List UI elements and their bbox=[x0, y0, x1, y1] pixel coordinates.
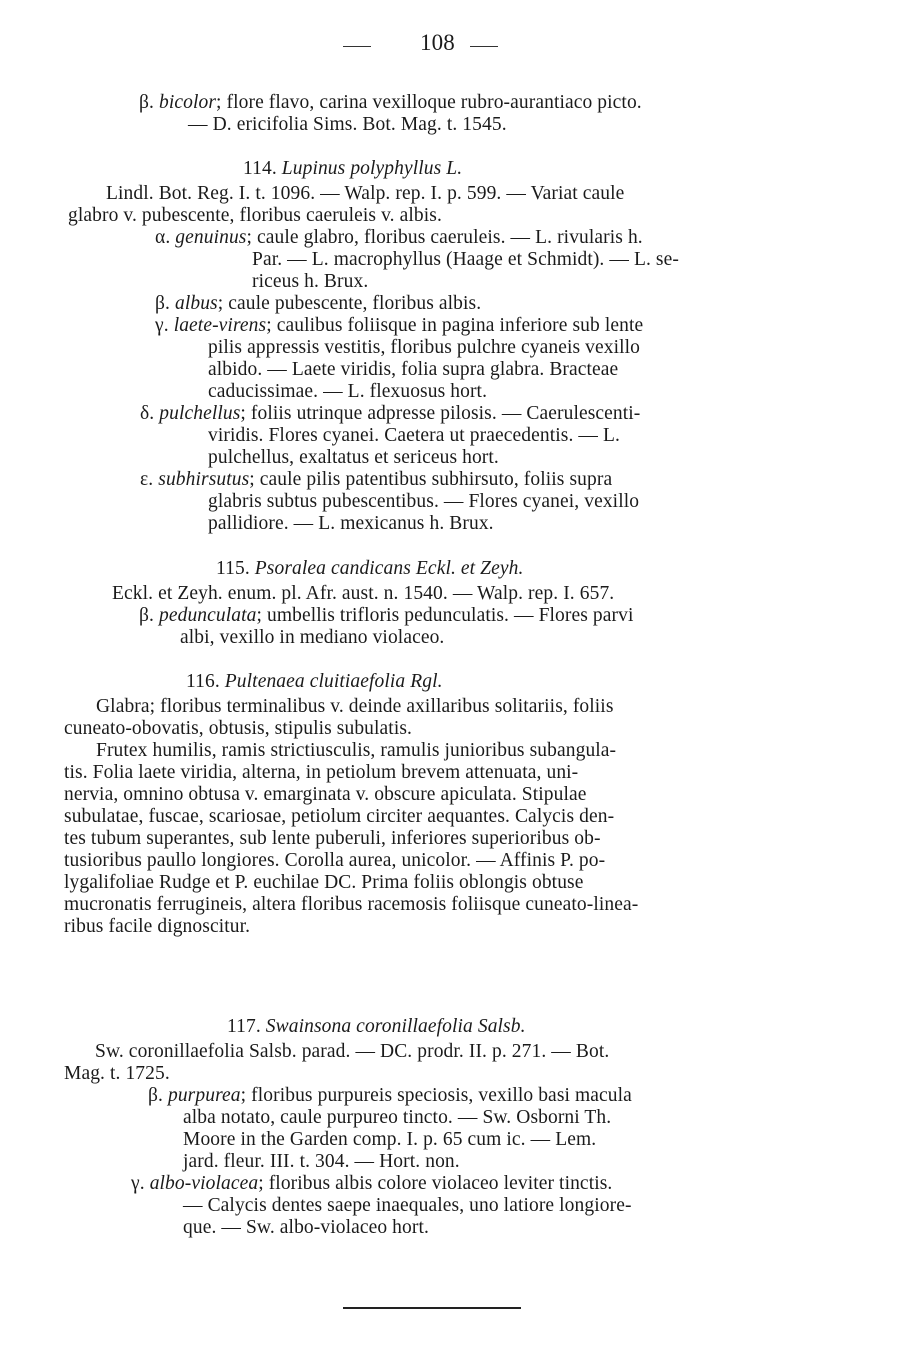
text-line: subulatae, fuscae, scariosae, petiolum c… bbox=[64, 806, 614, 828]
text-line: Par. — L. macrophyllus (Haage et Schmidt… bbox=[252, 249, 679, 271]
variety-purpurea: β. purpurea; floribus purpureis speciosi… bbox=[148, 1085, 632, 1107]
book-page: 108 β. bicolor; flore flavo, carina vexi… bbox=[0, 0, 900, 1372]
text-line: Glabra; floribus terminalibus v. deinde … bbox=[96, 696, 614, 718]
text-line: lygalifoliae Rudge et P. euchilae DC. Pr… bbox=[64, 872, 583, 894]
variety-name: bicolor bbox=[159, 92, 216, 113]
section-end-rule bbox=[343, 1307, 521, 1309]
text-line: que. — Sw. albo-violaceo hort. bbox=[183, 1217, 429, 1239]
species-heading-117: 117. Swainsona coronillaefolia Salsb. bbox=[227, 1016, 526, 1038]
variety-laete-virens: γ. laete-virens; caulibus foliisque in p… bbox=[155, 315, 643, 337]
variety-bicolor: β. bicolor; flore flavo, carina vexilloq… bbox=[139, 92, 642, 114]
text-line: riceus h. Brux. bbox=[252, 271, 368, 293]
text-line: Lindl. Bot. Reg. I. t. 1096. — Walp. rep… bbox=[106, 183, 810, 205]
variety-albo-violacea: γ. albo-violacea; floribus albis colore … bbox=[131, 1173, 612, 1195]
folio-dash-left bbox=[343, 46, 371, 47]
text-line: Eckl. et Zeyh. enum. pl. Afr. aust. n. 1… bbox=[112, 583, 614, 605]
text-line: Frutex humilis, ramis strictiusculis, ra… bbox=[96, 740, 616, 762]
folio-dash-right bbox=[470, 46, 498, 47]
variety-subhirsutus: ε. subhirsutus; caule pilis patentibus s… bbox=[140, 469, 612, 491]
text-line: nervia, omnino obtusa v. emarginata v. o… bbox=[64, 784, 586, 806]
text-line: Sw. coronillaefolia Salsb. parad. — DC. … bbox=[95, 1041, 609, 1063]
species-heading-116: 116. Pultenaea cluitiaefolia Rgl. bbox=[186, 671, 443, 693]
text-line: pulchellus, exaltatus et sericeus hort. bbox=[208, 447, 499, 469]
variety-genuinus: α. genuinus; caule glabro, floribus caer… bbox=[155, 227, 643, 249]
text-line: glabro v. pubescente, floribus caeruleis… bbox=[68, 205, 442, 227]
species-heading-115: 115. Psoralea candicans Eckl. et Zeyh. bbox=[216, 558, 523, 580]
text-line: — Calycis dentes saepe inaequales, uno l… bbox=[183, 1195, 632, 1217]
text-line: pilis appressis vestitis, floribus pulch… bbox=[208, 337, 640, 359]
variety-albus: β. albus; caule pubescente, floribus alb… bbox=[155, 293, 481, 315]
text-line: ribus facile dignoscitur. bbox=[64, 916, 250, 938]
text-line: tes tubum superantes, sub lente puberuli… bbox=[64, 828, 601, 850]
text-line: pallidiore. — L. mexicanus h. Brux. bbox=[208, 513, 494, 535]
text-line: albi, vexillo in mediano violaceo. bbox=[180, 627, 444, 649]
text-line: caducissimae. — L. flexuosus hort. bbox=[208, 381, 487, 403]
variety-pulchellus: δ. pulchellus; foliis utrinque adpresse … bbox=[140, 403, 640, 425]
text-line: tis. Folia laete viridia, alterna, in pe… bbox=[64, 762, 578, 784]
text-line: jard. fleur. III. t. 304. — Hort. non. bbox=[183, 1151, 460, 1173]
text-line: cuneato-obovatis, obtusis, stipulis subu… bbox=[64, 718, 412, 740]
text-line: glabris subtus pubescentibus. — Flores c… bbox=[208, 491, 639, 513]
variety-pedunculata: β. pedunculata; umbellis trifloris pedun… bbox=[139, 605, 633, 627]
text-line: viridis. Flores cyanei. Caetera ut praec… bbox=[208, 425, 620, 447]
text-line: Moore in the Garden comp. I. p. 65 cum i… bbox=[183, 1129, 596, 1151]
text-line: — D. ericifolia Sims. Bot. Mag. t. 1545. bbox=[188, 114, 507, 136]
text-line: mucronatis ferrugineis, altera floribus … bbox=[64, 894, 638, 916]
species-heading-114: 114. Lupinus polyphyllus L. bbox=[243, 158, 462, 180]
page-number: 108 bbox=[420, 32, 455, 54]
text-line: albido. — Laete viridis, folia supra gla… bbox=[208, 359, 618, 381]
text-line: tusioribus paullo longiores. Corolla aur… bbox=[64, 850, 605, 872]
text-line: alba notato, caule purpureo tincto. — Sw… bbox=[183, 1107, 611, 1129]
text-line: Mag. t. 1725. bbox=[64, 1063, 170, 1085]
